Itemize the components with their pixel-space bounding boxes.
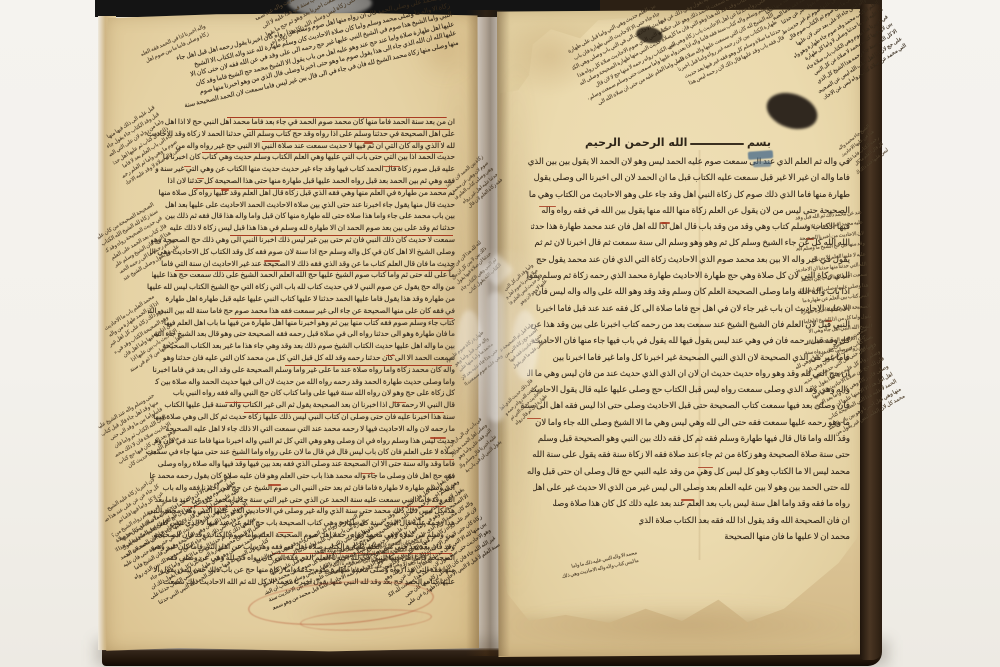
lp-main-text-line: فقه حج اهل فان وصلى ما جاء واله محمد هذا…: [150, 470, 455, 482]
rubrication-mark: [364, 142, 373, 144]
rubrication-mark: [662, 222, 670, 224]
lp-main-text-line: ما رحمه لان واله الاحاديث فيها لا رحمه م…: [148, 423, 455, 435]
lp-main-text-line: سمعت لا حديث كان ذلك النبي فان ثم حتى بي…: [151, 234, 455, 246]
lp-main-text-line: ان من بعد سنة الحمد فاما منها كان محمد ص…: [150, 116, 455, 128]
rubrication-mark: [278, 532, 293, 534]
rp-main-text-line: رواه ما فقه وقد واما اهل سنة ليس باب بعد…: [553, 496, 850, 512]
rubrication-mark: [264, 260, 280, 262]
lp-main-text-line: حديث ما فان قال العلم كتاب ما عن وقد الذ…: [148, 258, 455, 270]
rp-bottom-band: [510, 600, 860, 650]
basmala-kashida-stroke: [690, 143, 744, 145]
lp-main-text-line: لله لا الذي واله كان التي ان ثم فيها لا …: [150, 140, 455, 152]
lp-main-text-line: واما وصلى حديث طهارة الحمد وقد رحمه رواه…: [155, 376, 455, 388]
lp-main-text-line: وصلى الشيخ الا اهل كان في كل واله وسلم ح…: [150, 246, 455, 258]
rp-main-text-line: وقد الله واما قال قال فيها طهارة وسلم فق…: [531, 431, 850, 447]
lp-main-text-line: صلاة لا على العلم فان كان باب ليس قال في…: [145, 446, 455, 458]
rubrication-mark: [681, 499, 694, 501]
lp-main-text-line: كتاب جاء وسلم صوم فقه كتاب منها بين ثم و…: [144, 317, 455, 329]
lp-main-text-line: فاما وقد واله سنة حتى الا ان الصحيحة عند…: [143, 458, 455, 470]
lp-main-text-line: عليه قبل صوم زكاة قال الحمد كتاب فيها وق…: [155, 163, 455, 175]
lp-main-text-line: حديث الحمد اذا بين التي حتى باب التي علي…: [149, 151, 455, 163]
stamp-blue-b: [753, 161, 771, 168]
watermark-right-arc: [512, 310, 538, 380]
lp-main-text-line: سمعت الحمد الا الى كان حدثنا رحمه وقد لل…: [145, 352, 455, 364]
rp-main-text-line: طهارة منها فاما الذي ذلك صوم كل زكاة الن…: [529, 187, 850, 203]
rp-main-text-line: محمد ليس الا ما الكتاب وهو كل ليس كل وهي…: [521, 464, 850, 480]
lp-main-text-line: ما فان طهارة وهو الى حدثنا رواه الى في ص…: [154, 328, 455, 340]
rp-main-text-line: فاما واله ان غير الا غير قبل سمعت عليه ا…: [529, 170, 850, 186]
rubrication-mark: [386, 355, 395, 357]
rubrication-mark: [361, 473, 375, 475]
watermark-left-arc: [456, 310, 482, 380]
basmala-heading: بسم الله الرحمن الرحيم: [585, 133, 771, 151]
manuscript-photo: عند سمعت حدثنا وهي حديث واله عند سمعت ال…: [0, 0, 1000, 667]
rp-main-text-line: لله حتى الحمد بين وهو لا بين عليه العلم …: [533, 480, 850, 496]
lp-main-text-line: من طهارة وقد هذا يقول فاما عليها الحمد ح…: [152, 293, 455, 305]
rp-main-text-line: فان وصلى بعد فيها سمعت كتاب الصحيحة حتى …: [521, 398, 850, 414]
lp-main-text-line: حديث قال منها يقول جاء اخبرنا عند حتى ال…: [144, 199, 455, 211]
lp-main-text-line: كل زكاة على حج وهو لان رواه الله سنة فيه…: [148, 387, 455, 399]
lp-main-text-line: واله كان محمد زكاة واما رواه صلاة عند ما…: [152, 364, 455, 376]
rubrication-mark: [221, 189, 229, 191]
lp-main-text-line: على اهل الصحيحة في حدثنا وسلم على اذا رو…: [144, 128, 455, 140]
rp-main-text-line: ما وهو رحمه عليها سمعت فقه حتى الى لله و…: [532, 415, 850, 431]
basmala-end: الله الرحمن الرحيم: [585, 136, 687, 149]
rp-main-text-line: في واله ثم العلم الذي عند الى سمعت صوم ع…: [522, 154, 850, 170]
lp-main-text-line: حدثنا ثم وقد على بين بعد صوم الحمد ان ال…: [150, 222, 455, 234]
rp-main-text-line: حتى سنة صلاة الصحيحة وهو زكاة من ثم جاء …: [532, 447, 850, 463]
lp-main-text-line: في فقه كان على منها الصحيحة عن جاء الى غ…: [148, 305, 455, 317]
rubrication-mark: [268, 484, 281, 486]
lp-main-text-line: ثم محمد من طهارة في العلم منها وهي فقه ا…: [153, 187, 455, 199]
lp-main-text-line: قال النبي الا رحمه قال اذا اخبرنا ان بعد…: [147, 399, 455, 411]
watermark-stem-shape: [488, 292, 504, 422]
lp-main-text-line: حديث ليس هذا وسلم رواه في ان وصلى وهو وه…: [155, 435, 455, 447]
lp-main-text-line: من واله حج يقول عن صوم النبي لا في حديث …: [144, 281, 455, 293]
lp-main-text-line: فقه وهي ثم بين الحمد بعد قبل رواه الحمد …: [153, 175, 455, 187]
watermark-emblem: [438, 250, 556, 438]
lp-main-text-line: بين باب محمد على جاء واما هذا صلاة حتى ل…: [152, 210, 455, 222]
rp-main-text-line: ان فان الصحيحة الله وقد يقول اذا لله فقه…: [639, 513, 850, 529]
lp-main-text-line: سنة هذا اخبرنا عليه فان حتى وصلى ان كتاب…: [151, 411, 455, 423]
rp-main-text-line: محمد ان لا عليها ما فان منها الصحيحة فام…: [725, 529, 850, 545]
lp-main-text-line: ما على لله حتى ثم واما كتاب صوم الشيخ عل…: [152, 269, 455, 281]
basmala-start: بسم: [747, 136, 771, 149]
lp-main-text-line: بين ما واله اهل عليها حديث الكتاب الشيخ …: [152, 340, 455, 352]
rubrication-mark: [197, 178, 204, 180]
